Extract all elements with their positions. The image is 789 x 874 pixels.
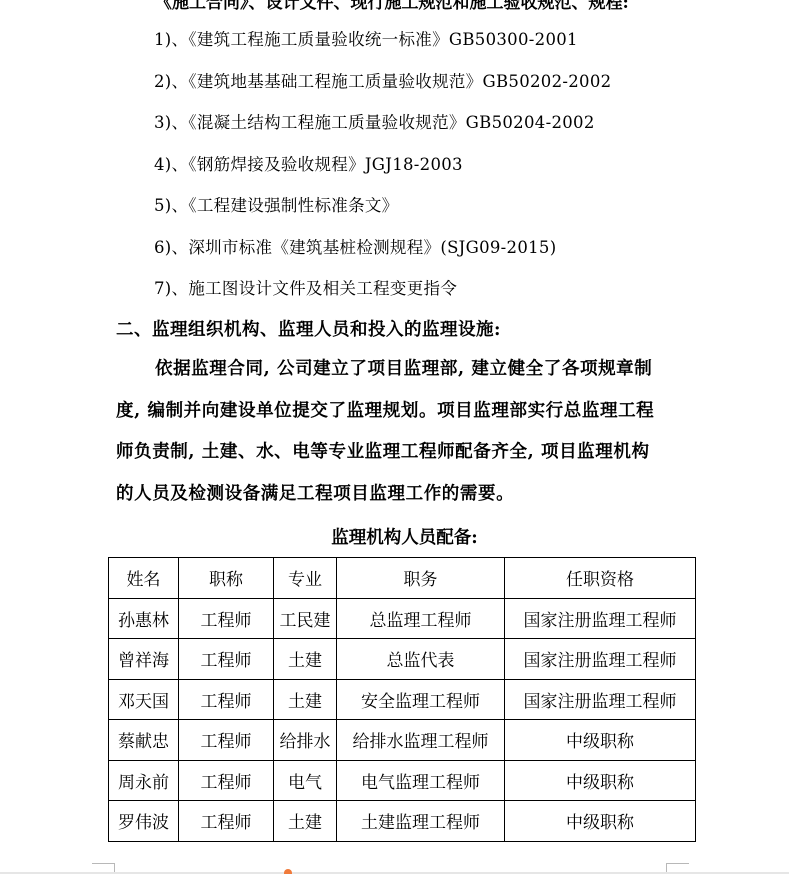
cell-specialty: 土建	[274, 639, 337, 680]
cell-qualification: 中级职称	[505, 760, 696, 801]
reference-item-4: 4)、《钢筋焊接及验收规程》JGJ18-2003	[154, 151, 463, 175]
cell-position: 安全监理工程师	[337, 679, 505, 720]
cell-name: 邓天国	[109, 679, 179, 720]
cell-position: 总监代表	[337, 639, 505, 680]
cell-title: 工程师	[179, 679, 274, 720]
reference-item-6: 6)、深圳市标准《建筑基桩检测规程》(SJG09-2015)	[154, 234, 556, 258]
cell-title: 工程师	[179, 801, 274, 842]
table-row: 孙惠林 工程师 工民建 总监理工程师 国家注册监理工程师	[109, 598, 696, 639]
cell-name: 周永前	[109, 760, 179, 801]
paragraph-line: 依据监理合同, 公司建立了项目监理部, 建立健全了各项规章制	[116, 352, 676, 394]
table-row: 罗伟波 工程师 土建 土建监理工程师 中级职称	[109, 801, 696, 842]
cursor-marker-icon	[284, 869, 292, 874]
table-row: 曾祥海 工程师 土建 总监代表 国家注册监理工程师	[109, 639, 696, 680]
reference-item-3: 3)、《混凝土结构工程施工质量验收规范》GB50204-2002	[154, 109, 595, 133]
cell-qualification: 国家注册监理工程师	[505, 639, 696, 680]
cell-position: 总监理工程师	[337, 598, 505, 639]
cell-position: 电气监理工程师	[337, 760, 505, 801]
cell-name: 蔡献忠	[109, 720, 179, 761]
paragraph-line: 的人员及检测设备满足工程项目监理工作的需要。	[116, 477, 676, 519]
body-paragraph: 依据监理合同, 公司建立了项目监理部, 建立健全了各项规章制 度, 编制并向建设…	[116, 352, 676, 518]
cell-qualification: 国家注册监理工程师	[505, 598, 696, 639]
header-qualification: 任职资格	[505, 558, 696, 599]
cell-specialty: 电气	[274, 760, 337, 801]
cell-name: 曾祥海	[109, 639, 179, 680]
cell-title: 工程师	[179, 639, 274, 680]
document-page: 《施工合同》、设计文件、现行施工规范和施工验收规范、规程: 1)、《建筑工程施工…	[0, 0, 789, 874]
paragraph-line: 师负责制, 土建、水、电等专业监理工程师配备齐全, 项目监理机构	[116, 435, 676, 477]
cell-position: 给排水监理工程师	[337, 720, 505, 761]
cell-specialty: 工民建	[274, 598, 337, 639]
reference-item-2: 2)、《建筑地基基础工程施工质量验收规范》GB50202-2002	[154, 68, 611, 92]
cell-specialty: 土建	[274, 801, 337, 842]
table-row: 周永前 工程师 电气 电气监理工程师 中级职称	[109, 760, 696, 801]
cell-title: 工程师	[179, 598, 274, 639]
cell-qualification: 中级职称	[505, 720, 696, 761]
cell-qualification: 中级职称	[505, 801, 696, 842]
header-name: 姓名	[109, 558, 179, 599]
header-position: 职务	[337, 558, 505, 599]
table-caption: 监理机构人员配备:	[0, 524, 789, 549]
table-row: 蔡献忠 工程师 给排水 给排水监理工程师 中级职称	[109, 720, 696, 761]
cell-name: 孙惠林	[109, 598, 179, 639]
reference-item-7: 7)、施工图设计文件及相关工程变更指令	[154, 275, 457, 299]
reference-item-5: 5)、《工程建设强制性标准条文》	[154, 192, 399, 216]
table-row: 邓天国 工程师 土建 安全监理工程师 国家注册监理工程师	[109, 679, 696, 720]
cell-specialty: 给排水	[274, 720, 337, 761]
header-specialty: 专业	[274, 558, 337, 599]
cell-title: 工程师	[179, 720, 274, 761]
clipped-top-line: 《施工合同》、设计文件、现行施工规范和施工验收规范、规程:	[155, 0, 629, 13]
cell-title: 工程师	[179, 760, 274, 801]
staff-table: 姓名 职称 专业 职务 任职资格 孙惠林 工程师 工民建 总监理工程师 国家注册…	[108, 557, 696, 842]
table-header-row: 姓名 职称 专业 职务 任职资格	[109, 558, 696, 599]
cell-qualification: 国家注册监理工程师	[505, 679, 696, 720]
reference-item-1: 1)、《建筑工程施工质量验收统一标准》GB50300-2001	[154, 26, 578, 50]
header-title: 职称	[179, 558, 274, 599]
cell-position: 土建监理工程师	[337, 801, 505, 842]
cell-name: 罗伟波	[109, 801, 179, 842]
section-heading: 二、监理组织机构、监理人员和投入的监理设施:	[116, 316, 501, 341]
paragraph-line: 度, 编制并向建设单位提交了监理规划。项目监理部实行总监理工程	[116, 394, 676, 436]
cell-specialty: 土建	[274, 679, 337, 720]
